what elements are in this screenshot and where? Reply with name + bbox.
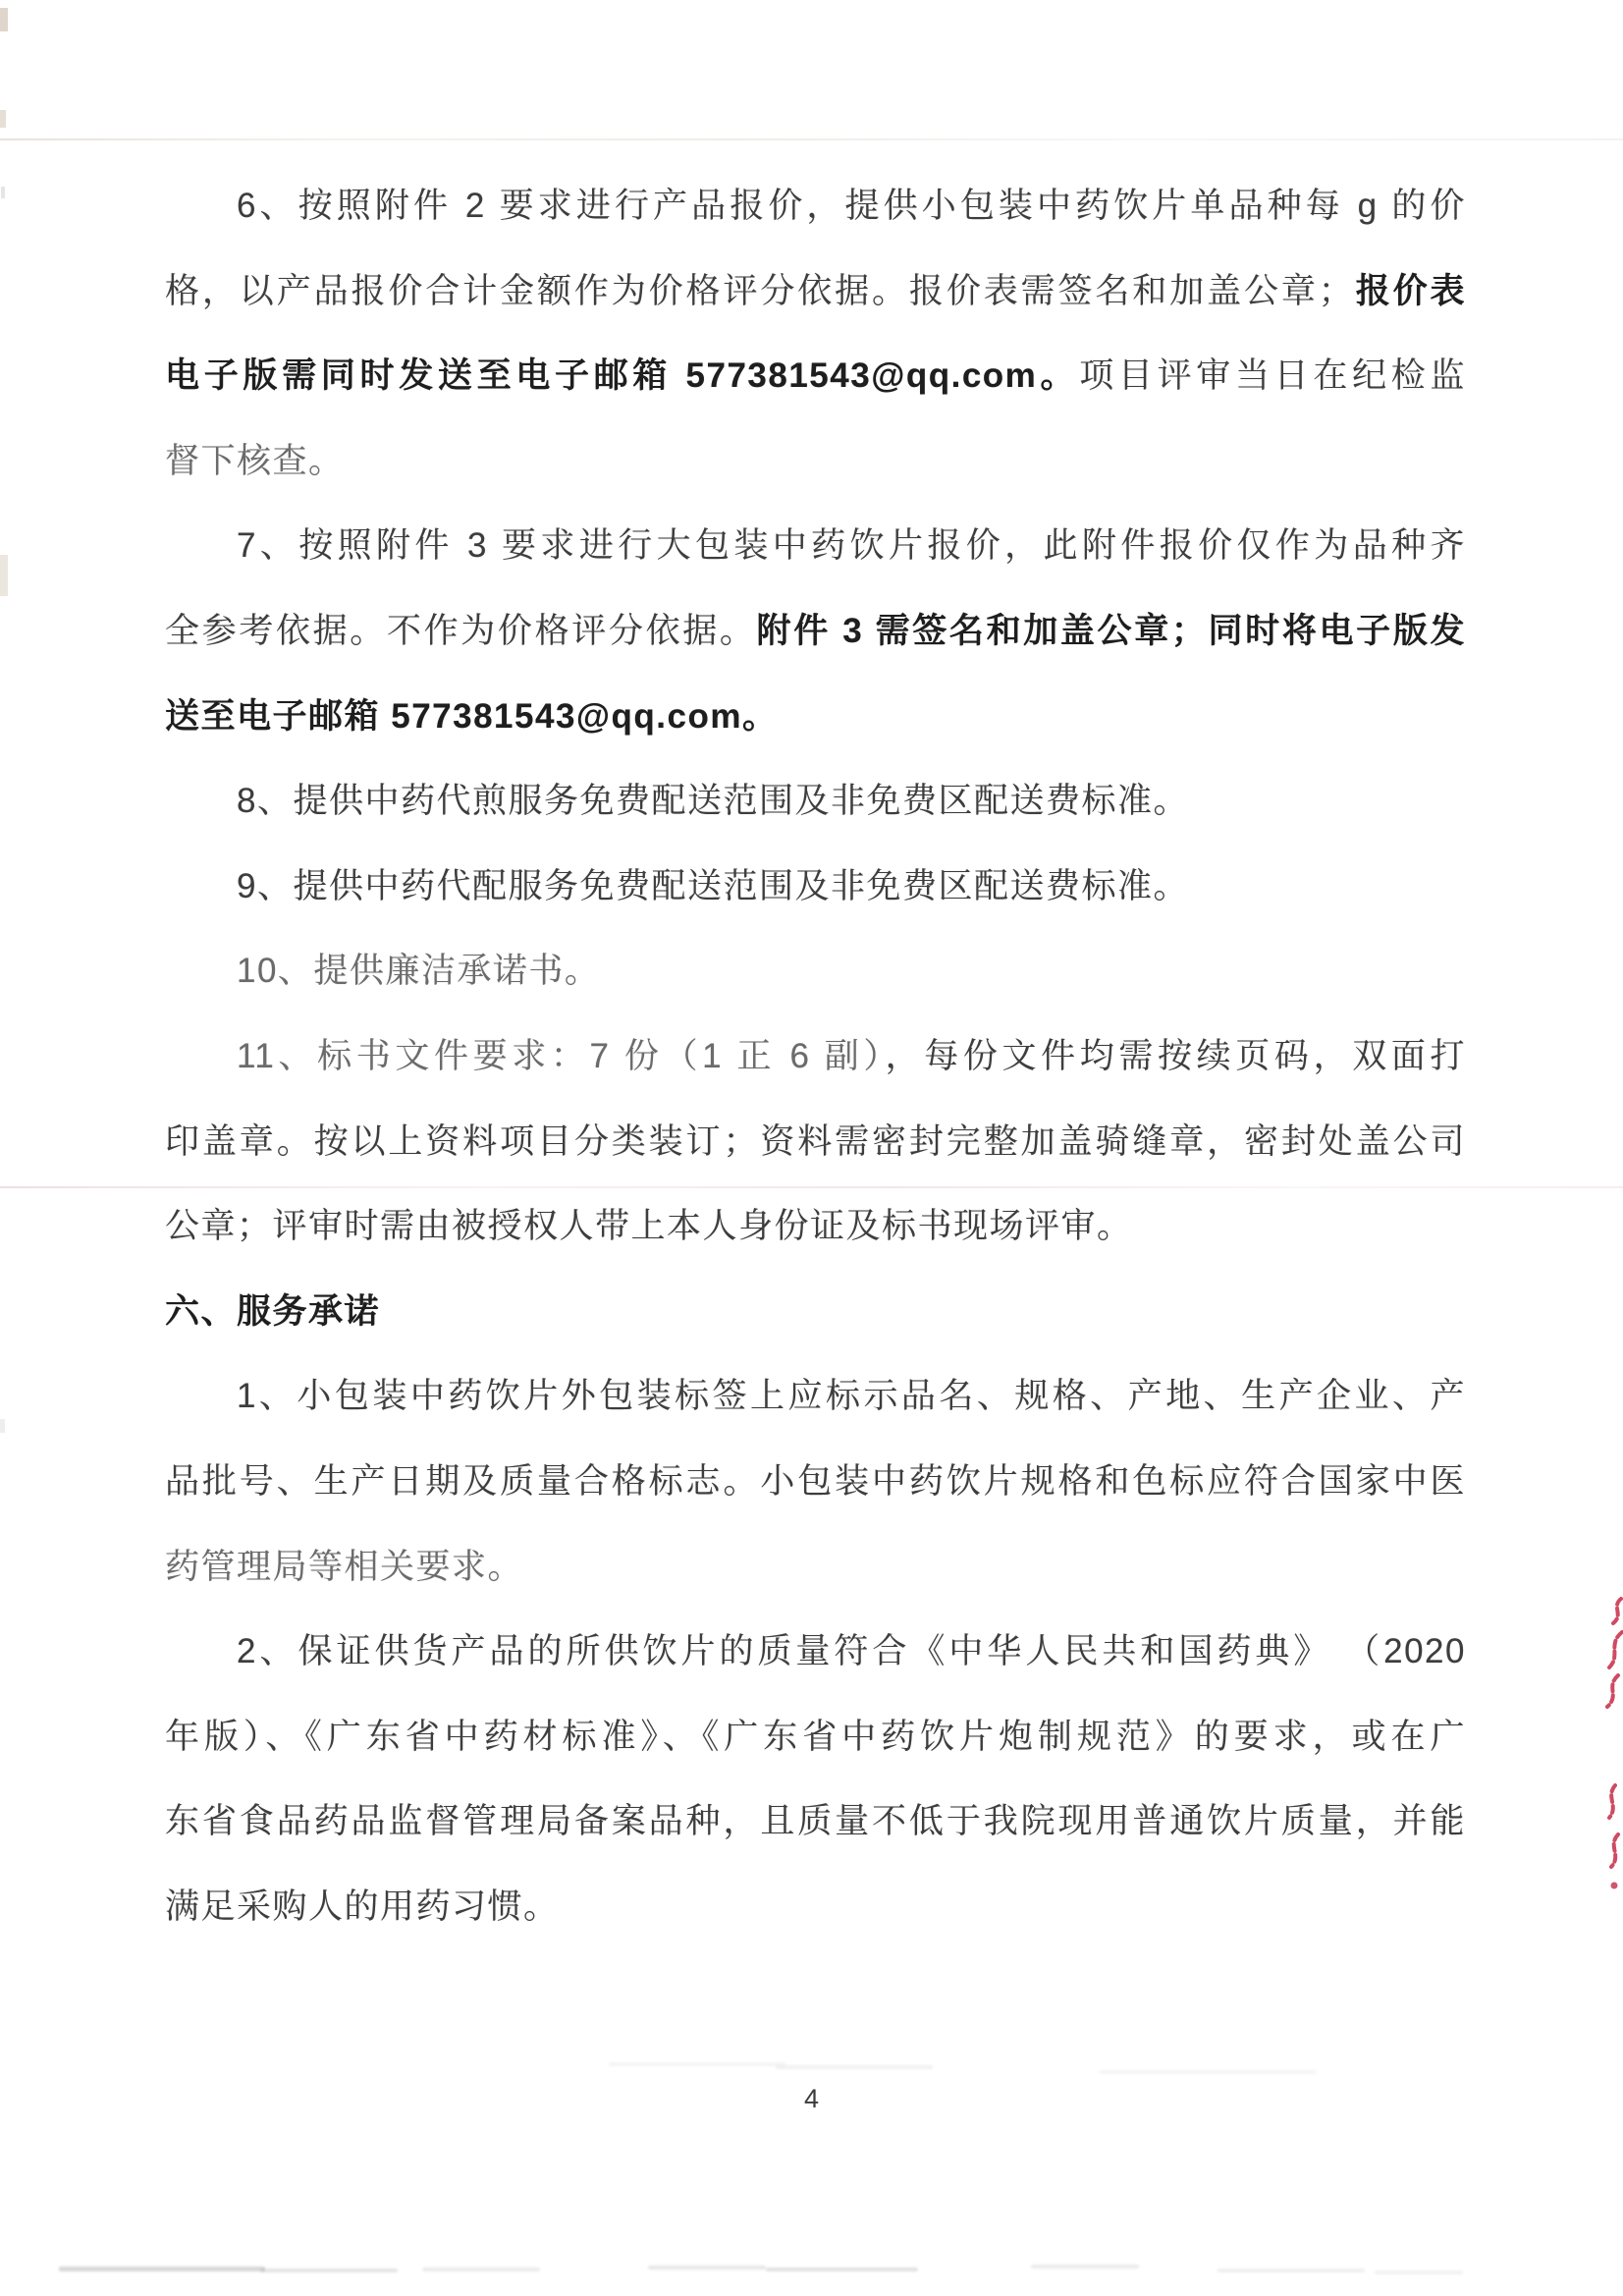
scan-artifact-smudge [1031, 2265, 1139, 2269]
text-line: 督下核查。 [165, 419, 1466, 505]
text-line: 满足采购人的用药习惯。 [165, 1865, 1466, 1950]
text-line: 东省食品药品监督管理局备案品种，且质量不低于我院现用普通饮片质量，并能 [165, 1779, 1466, 1865]
text-line: 药管理局等相关要求。 [165, 1525, 1466, 1611]
text-segment: 六、服务承诺 [165, 1292, 380, 1331]
scan-artifact-speck [0, 555, 8, 596]
document-body: 6、按照附件 2 要求进行产品报价，提供小包装中药饮片单品种每 g 的价格，以产… [165, 164, 1466, 1949]
text-segment: 报价表 [1354, 272, 1466, 310]
text-line: 年版）、《广东省中药材标准》、《广东省中药饮片炮制规范》的要求，或在广 [165, 1695, 1466, 1780]
text-segment: 满足采购人的用药习惯。 [165, 1887, 560, 1926]
page-number: 4 [0, 2084, 1623, 2114]
scan-artifact-smudge [1217, 2269, 1365, 2272]
text-segment: 项目评审当日在纪检监 [1079, 356, 1466, 395]
scan-artifact-smudge [1100, 2070, 1316, 2074]
scan-artifact-speck [0, 8, 8, 31]
text-segment: 11、标书文件要求：7 份（1 正 6 副） [237, 1037, 886, 1075]
text-line: 7、按照附件 3 要求进行大包装中药饮片报价，此附件报价仅作为品种齐 [165, 504, 1466, 589]
text-line: 送至电子邮箱 577381543@qq.com。 [165, 675, 1466, 760]
text-line: 1、小包装中药饮片外包装标签上应标示品名、规格、产地、生产企业、产 [165, 1354, 1466, 1440]
text-segment: 送至电子邮箱 577381543@qq.com。 [165, 697, 779, 736]
section-heading: 六、服务承诺 [165, 1270, 1466, 1355]
text-segment: 1、小包装中药饮片外包装标签上应标示品名、规格、产地、生产企业、产 [237, 1377, 1466, 1415]
scanned-document-page: 6、按照附件 2 要求进行产品报价，提供小包装中药饮片单品种每 g 的价格，以产… [0, 0, 1623, 2296]
text-segment: 督下核查。 [165, 442, 345, 480]
text-segment: ，每份文件均需按续页码，双面打 [886, 1037, 1466, 1075]
text-segment: 2、保证供货产品的所供饮片的质量符合《中华人民共和国药典》 （2020 [237, 1632, 1466, 1670]
scan-artifact-smudge [59, 2267, 265, 2271]
text-line: 8、提供中药代煎服务免费配送范围及非免费区配送费标准。 [165, 759, 1466, 845]
text-line: 格，以产品报价合计金额作为价格评分依据。报价表需签名和加盖公章；报价表 [165, 249, 1466, 335]
scan-artifact-speck [0, 1419, 5, 1433]
text-line: 品批号、生产日期及质量合格标志。小包装中药饮片规格和色标应符合国家中医 [165, 1440, 1466, 1525]
seal-stamp-fragment [1597, 1591, 1623, 1905]
text-segment: 电子版需同时发送至电子邮箱 577381543@qq.com。 [165, 356, 1079, 395]
text-segment: 品批号、生产日期及质量合格标志。小包装中药饮片规格和色标应符合国家中医 [165, 1462, 1466, 1501]
text-segment: 7、按照附件 3 要求进行大包装中药饮片报价，此附件报价仅作为品种齐 [237, 526, 1466, 565]
scan-artifact-smudge [422, 2268, 540, 2271]
text-line: 10、提供廉洁承诺书。 [165, 929, 1466, 1014]
scan-artifact-smudge [648, 2266, 766, 2269]
text-line: 全参考依据。不作为价格评分依据。附件 3 需签名和加盖公章；同时将电子版发 [165, 589, 1466, 675]
text-line: 印盖章。按以上资料项目分类装订；资料需密封完整加盖骑缝章，密封处盖公司 [165, 1100, 1466, 1185]
text-segment: 年版）、《广东省中药材标准》、《广东省中药饮片炮制规范》的要求，或在广 [165, 1718, 1466, 1756]
scan-artifact-smudge [776, 2065, 933, 2069]
text-line: 6、按照附件 2 要求进行产品报价，提供小包装中药饮片单品种每 g 的价 [165, 164, 1466, 249]
text-segment: 全参考依据。不作为价格评分依据。 [165, 612, 757, 650]
text-segment: 印盖章。按以上资料项目分类装订；资料需密封完整加盖骑缝章，密封处盖公司 [165, 1122, 1466, 1161]
scan-artifact-speck [1, 187, 5, 198]
scan-artifact-speck [0, 110, 6, 128]
text-segment: 公章；评审时需由被授权人带上本人身份证及标书现场评审。 [165, 1207, 1133, 1245]
text-segment: 东省食品药品监督管理局备案品种，且质量不低于我院现用普通饮片质量，并能 [165, 1802, 1466, 1840]
text-segment: 格，以产品报价合计金额作为价格评分依据。报价表需签名和加盖公章； [165, 272, 1354, 310]
text-segment: 药管理局等相关要求。 [165, 1548, 523, 1586]
scan-artifact-smudge [766, 2268, 918, 2271]
text-segment: 6、按照附件 2 要求进行产品报价，提供小包装中药饮片单品种每 g 的价 [237, 187, 1466, 225]
scan-artifact-smudge [260, 2269, 398, 2272]
scan-artifact-line-top [0, 138, 1623, 140]
text-line: 9、提供中药代配服务免费配送范围及非免费区配送费标准。 [165, 845, 1466, 930]
text-segment: 10、提供廉洁承诺书。 [237, 952, 600, 990]
scan-artifact-smudge [1375, 2270, 1463, 2274]
text-segment: 8、提供中药代煎服务免费配送范围及非免费区配送费标准。 [237, 782, 1189, 820]
scan-artifact-smudge [609, 2062, 785, 2066]
text-line: 11、标书文件要求：7 份（1 正 6 副），每份文件均需按续页码，双面打 [165, 1014, 1466, 1100]
text-line: 2、保证供货产品的所供饮片的质量符合《中华人民共和国药典》 （2020 [165, 1610, 1466, 1695]
text-line: 公章；评审时需由被授权人带上本人身份证及标书现场评审。 [165, 1184, 1466, 1270]
text-segment: 附件 3 需签名和加盖公章；同时将电子版发 [757, 612, 1466, 650]
text-line: 电子版需同时发送至电子邮箱 577381543@qq.com。项目评审当日在纪检… [165, 334, 1466, 419]
text-segment: 9、提供中药代配服务免费配送范围及非免费区配送费标准。 [237, 867, 1189, 905]
